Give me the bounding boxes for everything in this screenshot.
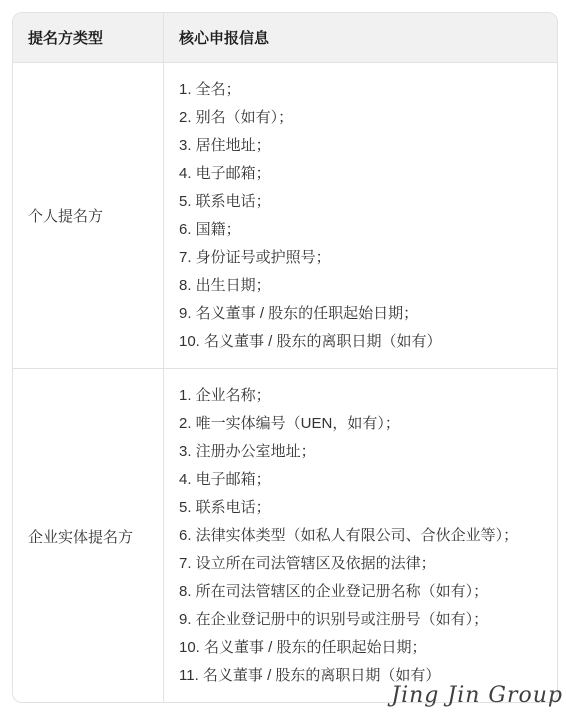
column-header-core-declaration-info: 核心申报信息 [164,13,557,62]
nominator-info-table: 提名方类型 核心申报信息 个人提名方 1. 全名；2. 别名（如有）；3. 居住… [12,12,558,703]
info-item: 2. 唯一实体编号（UEN，如有）； [179,410,547,438]
table-header-row: 提名方类型 核心申报信息 [13,13,557,63]
table-row-individual-nominator: 个人提名方 1. 全名；2. 别名（如有）；3. 居住地址；4. 电子邮箱；5.… [13,63,557,369]
info-item: 2. 别名（如有）； [179,104,547,132]
info-item: 4. 电子邮箱； [179,160,547,188]
info-item: 8. 出生日期； [179,272,547,300]
info-item: 5. 联系电话； [179,188,547,216]
info-list-corporate: 1. 企业名称；2. 唯一实体编号（UEN，如有）；3. 注册办公室地址；4. … [164,369,557,703]
nominator-type-label-corporate: 企业实体提名方 [13,369,164,703]
info-item: 1. 全名； [179,76,547,104]
column-header-nominator-type: 提名方类型 [13,13,164,62]
nominator-type-label-individual: 个人提名方 [13,63,164,368]
info-item: 4. 电子邮箱； [179,466,547,494]
table-row-corporate-nominator: 企业实体提名方 1. 企业名称；2. 唯一实体编号（UEN，如有）；3. 注册办… [13,369,557,703]
info-item: 11. 名义董事 / 股东的离职日期（如有） [179,662,547,690]
info-item: 10. 名义董事 / 股东的离职日期（如有） [179,328,547,356]
info-item: 1. 企业名称； [179,382,547,410]
info-item: 3. 注册办公室地址； [179,438,547,466]
info-list-individual: 1. 全名；2. 别名（如有）；3. 居住地址；4. 电子邮箱；5. 联系电话；… [164,63,557,368]
info-item: 8. 所在司法管辖区的企业登记册名称（如有）； [179,578,547,606]
info-item: 10. 名义董事 / 股东的任职起始日期； [179,634,547,662]
info-item: 6. 国籍； [179,216,547,244]
info-item: 5. 联系电话； [179,494,547,522]
info-item: 6. 法律实体类型（如私人有限公司、合伙企业等）； [179,522,547,550]
info-item: 9. 在企业登记册中的识别号或注册号（如有）； [179,606,547,634]
info-item: 9. 名义董事 / 股东的任职起始日期； [179,300,547,328]
info-item: 3. 居住地址； [179,132,547,160]
info-item: 7. 设立所在司法管辖区及依据的法律； [179,550,547,578]
info-item: 7. 身份证号或护照号； [179,244,547,272]
